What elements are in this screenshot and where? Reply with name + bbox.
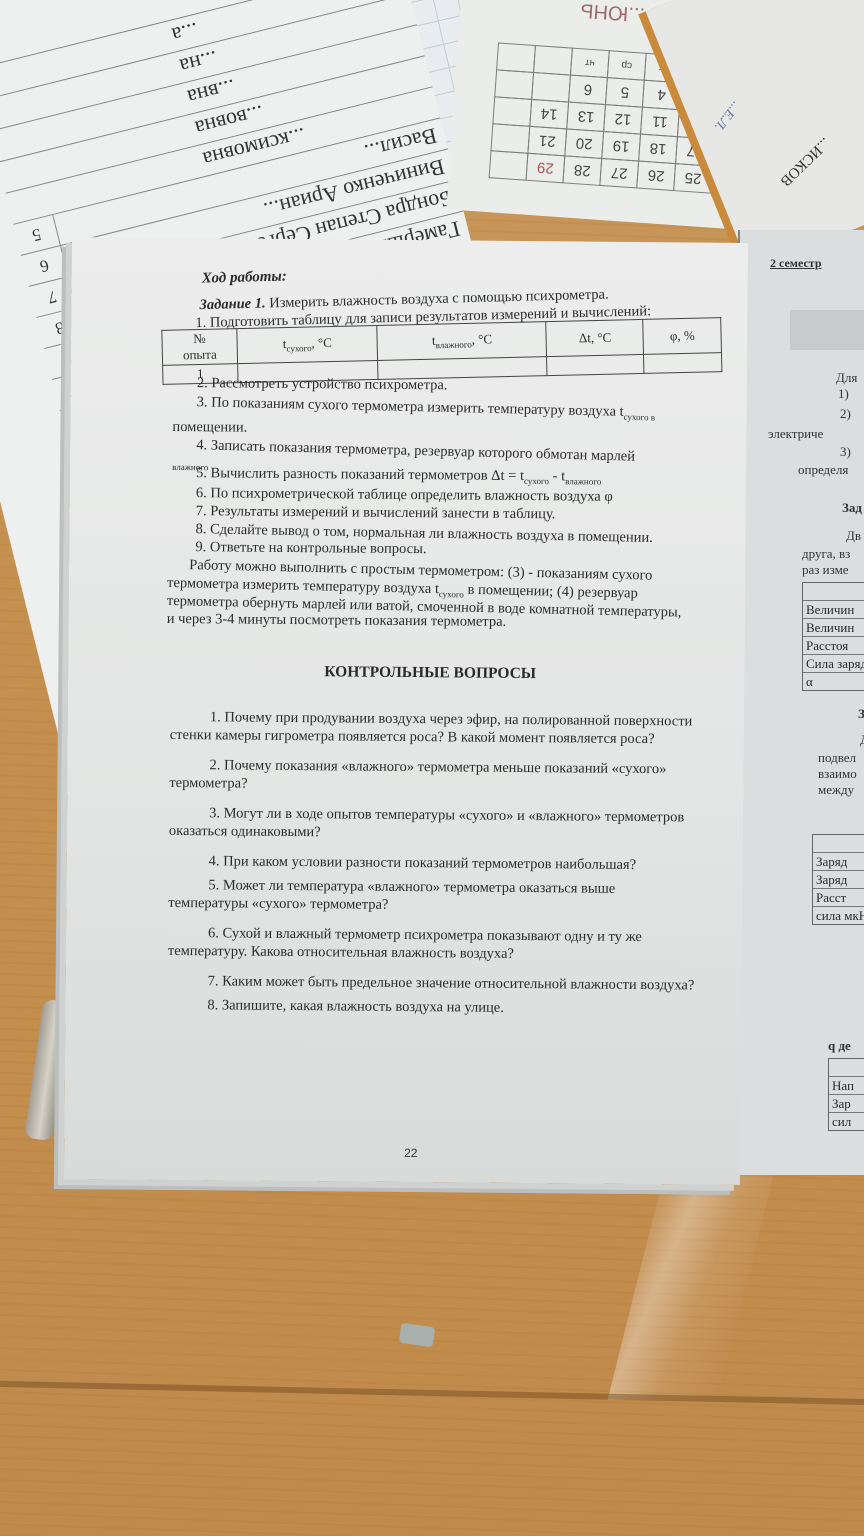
- table-cell: сил: [829, 1113, 864, 1130]
- step-7: 7. Результаты измерений и вычислений зан…: [196, 502, 556, 523]
- question-item: 2. Почему показания «влажного» термометр…: [169, 756, 721, 797]
- calendar-day: [531, 72, 571, 103]
- calendar-day: [492, 96, 532, 127]
- table-cell: Величин: [803, 619, 864, 637]
- calendar-title: ...ЮНЬ: [580, 0, 646, 26]
- text-line: 3): [840, 444, 851, 460]
- semester-label: 2 семестр: [770, 256, 822, 271]
- section-heading: Ход работы:: [202, 267, 288, 287]
- table-cell: Расстоя: [803, 637, 864, 655]
- calendar-weekday: ср: [607, 50, 647, 81]
- right-table-1: ВеличинВеличинРасстояСила зарядамα: [802, 582, 864, 691]
- question-item: 8. Запишите, какая влажность воздуха на …: [167, 996, 719, 1019]
- right-page: 2 семестр Для 1) 2) электриче 3) определ…: [738, 230, 864, 1175]
- workbook-page: Ход работы: Задание 1. Измерить влажност…: [64, 237, 748, 1185]
- calendar-day: 14: [529, 99, 569, 130]
- table-cell: Зар: [829, 1095, 864, 1113]
- question-text: 8. Запишите, какая влажность воздуха на …: [207, 997, 504, 1016]
- text-line: З: [858, 706, 864, 722]
- calendar-day: 26: [636, 160, 676, 191]
- calendar-day: 20: [564, 128, 604, 159]
- calendar-day: 12: [603, 104, 643, 135]
- question-text: 4. При каком условии разности показаний …: [209, 853, 637, 873]
- text-line: Зад: [842, 500, 862, 516]
- calendar-day: 18: [638, 134, 678, 165]
- folder-handwritten-note: ...Е.Л.: [711, 98, 744, 134]
- desk-chip: [399, 1323, 435, 1348]
- calendar-weekday: чт: [570, 48, 610, 79]
- header-cell: φ, %: [643, 318, 721, 355]
- calendar-day: 11: [640, 107, 680, 138]
- table-cell: [813, 835, 864, 853]
- text-line: 1): [838, 386, 849, 402]
- calendar-day: 19: [601, 131, 641, 162]
- calendar-day: 28: [562, 155, 602, 186]
- step-9: 9. Ответьте на контрольные вопросы.: [195, 538, 426, 558]
- header-cell: tвлажного, °C: [377, 322, 547, 361]
- table-cell: сила мкН: [813, 907, 864, 924]
- calendar-weekday: [533, 45, 573, 76]
- question-text-cont: температуры «сухого» термометра?: [128, 894, 388, 914]
- question-text-cont: температуру. Какова относительная влажно…: [128, 942, 514, 963]
- header-cell: №опыта: [162, 329, 238, 366]
- text-line: взаимо: [818, 766, 857, 782]
- question-text-cont: оказаться одинаковыми?: [129, 822, 321, 842]
- text-line: друга, вз: [802, 546, 850, 562]
- question-item: 4. При каком условии разности показаний …: [169, 852, 721, 875]
- text-line: q де: [828, 1038, 851, 1054]
- desk-edge: [0, 1381, 864, 1405]
- step-3: 3. По показаниям сухого термометра измер…: [196, 393, 655, 426]
- calendar-day: 29: [525, 153, 565, 184]
- calendar-day: [489, 150, 529, 181]
- table-cell: [829, 1059, 864, 1077]
- title-bar: [790, 310, 864, 350]
- calendar-day: [490, 123, 530, 154]
- text-line: электриче: [768, 426, 823, 442]
- step-2: 2. Рассмотреть устройство психрометра.: [197, 374, 448, 394]
- text-line: раз изме: [802, 562, 849, 578]
- calendar-day: 5: [605, 77, 645, 108]
- text-line: подвел: [818, 750, 856, 766]
- calendar-weekday: [496, 42, 536, 73]
- table-cell: Величин: [803, 601, 864, 619]
- task-label: Задание 1.: [199, 295, 266, 313]
- questions-title: КОНТРОЛЬНЫЕ ВОПРОСЫ: [324, 663, 536, 683]
- right-table-3: НапЗарсил: [828, 1058, 864, 1131]
- text-line: между: [818, 782, 854, 798]
- text-line: 2): [840, 406, 851, 422]
- question-item: 6. Сухой и влажный термометр психрометра…: [168, 924, 720, 965]
- table-cell: Нап: [829, 1077, 864, 1095]
- header-cell: tсухого, °C: [237, 325, 378, 363]
- text-line: определя: [798, 462, 848, 478]
- text-line: Д: [860, 732, 864, 748]
- table-cell: Сила зарядам: [803, 655, 864, 673]
- step-4: 4. Записать показания термометра, резерв…: [196, 436, 635, 465]
- header-cell: Δt, °C: [546, 319, 644, 356]
- question-item: 5. Может ли температура «влажного» термо…: [168, 876, 720, 917]
- question-text-cont: стенки камеры гигрометра появляется роса…: [130, 726, 655, 749]
- table-cell: Заряд: [813, 871, 864, 889]
- question-text: 7. Каким может быть предельное значение …: [208, 973, 695, 993]
- calendar-day: 27: [599, 158, 639, 189]
- table-cell: Заряд: [813, 853, 864, 871]
- table-cell: [644, 353, 722, 374]
- question-item: 1. Почему при продувании воздуха через э…: [170, 708, 722, 749]
- table-cell: [547, 354, 644, 375]
- question-text: 2. Почему показания «влажного» термометр…: [209, 757, 666, 777]
- calendar-day: 25: [673, 163, 713, 194]
- text-line: Дв: [846, 528, 861, 544]
- note-line: и через 3-4 минуты посмотреть показания …: [167, 610, 507, 631]
- calendar-day: 21: [527, 126, 567, 157]
- question-item: 7. Каким может быть предельное значение …: [168, 972, 720, 995]
- step-3-cont: помещении.: [172, 418, 247, 437]
- calendar-day: [494, 69, 534, 100]
- table-cell: Расст: [813, 889, 864, 907]
- calendar-day: 6: [568, 75, 608, 106]
- question-item: 3. Могут ли в ходе опытов температуры «с…: [169, 804, 721, 845]
- table-cell: [803, 583, 864, 601]
- right-table-2: ЗарядЗарядРасстсила мкН: [812, 834, 864, 925]
- page-number: 22: [404, 1146, 417, 1160]
- calendar-day: 13: [566, 101, 606, 132]
- table-cell: α: [803, 673, 864, 690]
- folder-label: ...ИСКОВ: [776, 133, 833, 189]
- question-text-cont: термометра?: [129, 774, 247, 793]
- text-line: Для: [836, 370, 857, 386]
